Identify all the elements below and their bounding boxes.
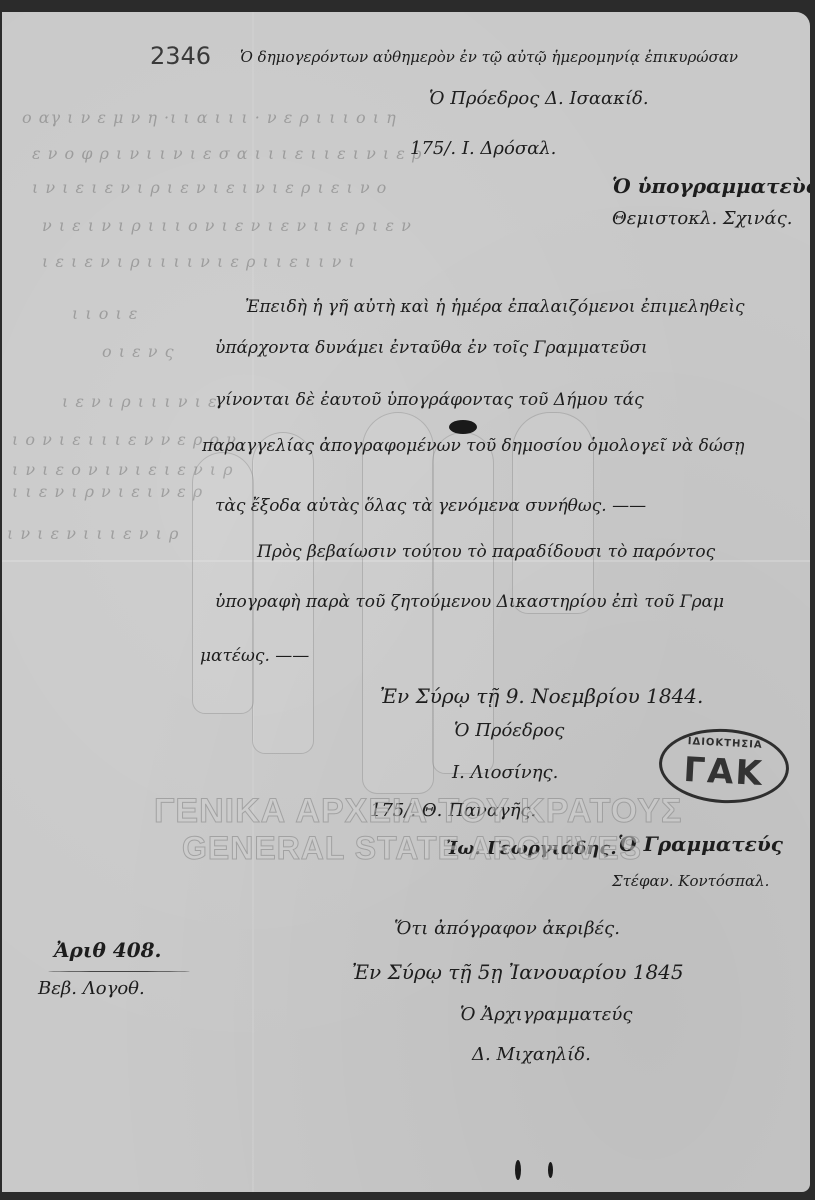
- bleed-through-text: ι ν ι ε ι ε ν ι ρ ι ε ν ι ε ι ν ι ε ρ ι …: [32, 178, 387, 197]
- header-signature-undersecretary-name: Θεμιστοκλ. Σχινάς.: [612, 208, 793, 229]
- bleed-through-text: ι ε ι ε ν ι ρ ι ι ι ι ν ι ε ρ ι ι ε ι ι …: [42, 252, 356, 271]
- ink-blot: [548, 1162, 553, 1178]
- body-line: Πρὸς βεβαίωσιν τούτου τὸ παραδίδουσι τὸ …: [257, 542, 715, 562]
- catalog-number: 2346: [150, 42, 211, 70]
- body-line: γίνονται δὲ ἐαυτοῦ ὑπογράφοντας τοῦ Δήμο…: [215, 390, 644, 410]
- bleed-through-text: ι ν ι ε ν ι ι ι ε ν ι ρ: [7, 524, 179, 543]
- bleed-through-text: ο αγ ι ν ε μ ν η ·ι ι α ι ι ι · ν ε ρ ι …: [22, 108, 397, 127]
- bleed-through-text: ι ι ε ν ι ρ ν ι ε ι ν ε ρ: [12, 482, 203, 501]
- header-signature-president: Ὁ Πρόεδρος Δ. Ισαακίδ.: [429, 88, 649, 109]
- bleed-through-text: ι ι ο ι ε: [72, 304, 138, 323]
- stamp-main-text: ΓΑΚ: [661, 749, 787, 795]
- ink-blot: [515, 1160, 521, 1180]
- margin-note-divider: [48, 971, 190, 972]
- certification-signature: Δ. Μιχαηλίδ.: [472, 1044, 591, 1065]
- document-scan: ο αγ ι ν ε μ ν η ·ι ι α ι ι ι · ν ε ρ ι …: [0, 0, 815, 1200]
- body-line: παραγγελίας ἀπογραφομένων τοῦ δημοσίου ὁ…: [202, 436, 745, 456]
- body-line: ματέως. ——: [200, 646, 309, 666]
- margin-note-verification: Βεβ. Λογοθ.: [38, 978, 145, 999]
- signature-secretary-title: Ὁ Γραμματεύς: [618, 832, 783, 856]
- watermark-english: GENERAL STATE ARCHIVES: [182, 830, 642, 867]
- certification-date: Ἐν Σύρῳ τῇ 5ῃ Ἰανουαρίου 1845: [352, 960, 684, 984]
- body-line: ὑπάρχοντα δυνάμει ἐνταῦθα ἐν τοῖς Γραμμα…: [215, 338, 648, 358]
- header-line: Ὁ δημογερόντων αὐθημερὸν ἐν τῷ αὐτῷ ἡμερ…: [240, 48, 738, 66]
- body-line: ὑπογραφὴ παρὰ τοῦ ζητούμενου Δικαστηρίου…: [215, 592, 724, 612]
- bleed-through-text: ο ι ε ν ς: [102, 342, 175, 361]
- ink-blot: [449, 420, 477, 434]
- margin-note-number: Ἀριθ 408.: [54, 938, 162, 962]
- certification-line: Ὅτι ἀπόγραφον ἀκριβές.: [394, 918, 620, 939]
- signature-secretary-name: Στέφαν. Κοντόσπαλ.: [612, 872, 769, 890]
- watermark-arch: [192, 452, 254, 714]
- bleed-through-text: ι ε ν ι ρ ι ι ι ν ι ε: [62, 392, 218, 411]
- body-line: τὰς ἔξοδα αὐτὰς ὅλας τὰ γενόμενα συνήθως…: [215, 496, 646, 516]
- header-signature-member: 175/. Ι. Δρόσαλ.: [410, 138, 556, 159]
- signature-president-title: Ὁ Πρόεδρος: [454, 720, 564, 741]
- signature-member: Ι. Λιοσίνης.: [452, 762, 558, 783]
- body-line: Ἐπειδὴ ἡ γῆ αὐτὴ καὶ ἡ ἡμέρα ἐπαλαιζόμεν…: [245, 297, 745, 317]
- paper-sheet: ο αγ ι ν ε μ ν η ·ι ι α ι ι ι · ν ε ρ ι …: [2, 12, 810, 1192]
- certification-title: Ὁ Ἀρχιγραμματεύς: [460, 1004, 632, 1025]
- bleed-through-text: ε ν ο φ ρ ι ν ι ι ν ι ε σ α ι ι ι ε ι ι …: [32, 144, 422, 163]
- watermark-greek: ΓΕΝΙΚΑ ΑΡΧΕΙΑ ΤΟΥ ΚΡΑΤΟΥΣ: [154, 792, 682, 831]
- date-line: Ἐν Σύρῳ τῇ 9. Νοεμβρίου 1844.: [380, 684, 703, 708]
- header-signature-undersecretary-title: Ὁ ὑπογραμματεὺς: [612, 174, 810, 198]
- bleed-through-text: ν ι ε ι ν ι ρ ι ι ι ο ν ι ε ν ι ε ν ι ι …: [42, 216, 412, 235]
